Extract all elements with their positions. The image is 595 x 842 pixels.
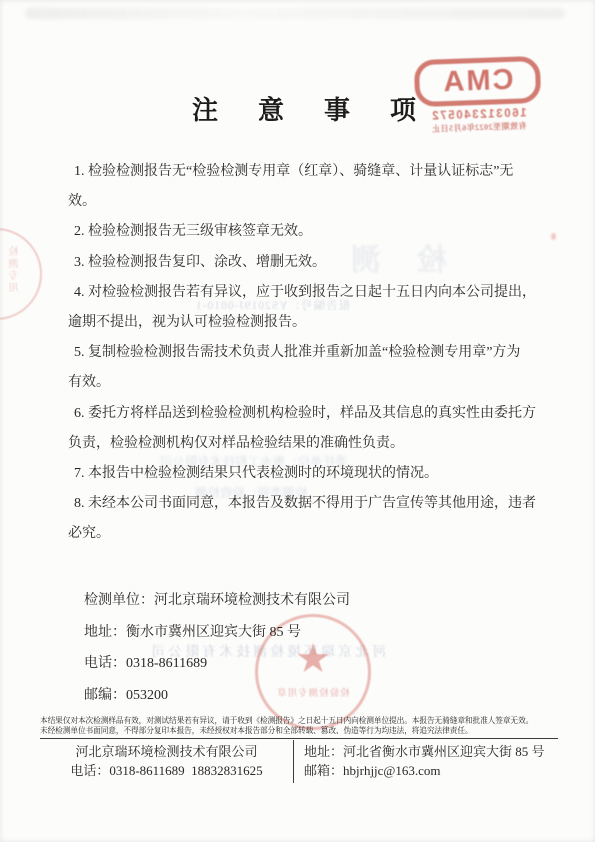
ink-speck xyxy=(551,233,556,240)
contact-unit: 检测单位：河北京瑞环境检测技术有限公司 xyxy=(84,585,350,617)
notice-list: 1. 检验检测报告无“检验检测专用章（红章）、骑缝章、计量认证标志”无 效。 2… xyxy=(68,157,546,550)
notice-item-2: 2. 检验检测报告无三级审核签章无效。 xyxy=(68,217,546,247)
report-notice-page: 注意事项 CMA 160312340572 有效期至2022年6月5日止 检测 … xyxy=(0,0,595,842)
footer-divider-line xyxy=(40,738,558,739)
footer-address: 地址：河北省衡水市冀州区迎宾大街 85 号 xyxy=(304,742,558,761)
notice-item-6: 6. 委托方将样品送到检验检测机构检验时，样品及其信息的真实性由委托方 负责，检… xyxy=(68,399,546,459)
footer-info-left-column: 河北京瑞环境检测技术有限公司 电话：0318-8611689 188328316… xyxy=(40,740,294,783)
footer-info-right-column: 地址：河北省衡水市冀州区迎宾大街 85 号 邮箱：hbjrhjjc@163.co… xyxy=(294,740,558,783)
notice-item-7: 7. 本报告中检验检测结果只代表检测时的环境现状的情况。 xyxy=(68,459,546,489)
notice-item-1: 1. 检验检测报告无“检验检测专用章（红章）、骑缝章、计量认证标志”无 效。 xyxy=(68,157,546,217)
cma-stamp: CMA 160312340572 有效期至2022年6月5日止 xyxy=(407,56,550,136)
contact-postcode: 邮编：053200 xyxy=(84,680,350,712)
footer-company-name: 河北京瑞环境检测技术有限公司 xyxy=(40,742,293,761)
footer-disclaimer: 本结果仅对本次检测样品有效，对测试结果若有异议，请于收到《检测报告》之日起十五日… xyxy=(40,716,558,736)
disclaimer-line-1: 本结果仅对本次检测样品有效，对测试结果若有异议，请于收到《检测报告》之日起十五日… xyxy=(40,716,558,726)
page-footer: 本结果仅对本次检测样品有效，对测试结果若有异议，请于收到《检测报告》之日起十五日… xyxy=(40,716,558,783)
contact-address: 地址：衡水市冀州区迎宾大街 85 号 xyxy=(84,617,350,649)
notice-item-5: 5. 复制检验检测报告需技术负责人批准并重新加盖“检验检测专用章”方为 有效。 xyxy=(68,338,546,398)
left-edge-seal-bleedthrough: 检测专用 xyxy=(0,228,42,320)
disclaimer-line-2: 未经检测单位书面同意，不得部分复印本报告，未经授权对本报告部分和全部转载、篡改、… xyxy=(40,726,558,736)
footer-phone: 电话：0318-8611689 18832831625 xyxy=(40,761,293,780)
notice-item-3: 3. 检验检测报告复印、涂改、增删无效。 xyxy=(68,248,546,278)
notice-item-4: 4. 对检验检测报告若有异议，应于收到报告之日起十五日内向本公司提出， 逾期不提… xyxy=(68,278,546,338)
cma-stamp-mirrored-content: CMA 160312340572 有效期至2022年6月5日止 xyxy=(407,56,550,136)
cma-logo-icon: CMA xyxy=(414,56,542,107)
scan-smudge xyxy=(25,8,565,19)
left-seal-text: 检测专用 xyxy=(8,246,23,294)
contact-phone: 电话：0318-8611689 xyxy=(84,648,350,680)
footer-info-table: 河北京瑞环境检测技术有限公司 电话：0318-8611689 188328316… xyxy=(40,740,558,783)
footer-email: 邮箱：hbjrhjjc@163.com xyxy=(304,761,558,780)
notice-item-8: 8. 未经本公司书面同意，本报告及数据不得用于广告宣传等其他用途，违者 必究。 xyxy=(68,489,546,549)
contact-block: 检测单位：河北京瑞环境检测技术有限公司 地址：衡水市冀州区迎宾大街 85 号 电… xyxy=(84,585,350,711)
